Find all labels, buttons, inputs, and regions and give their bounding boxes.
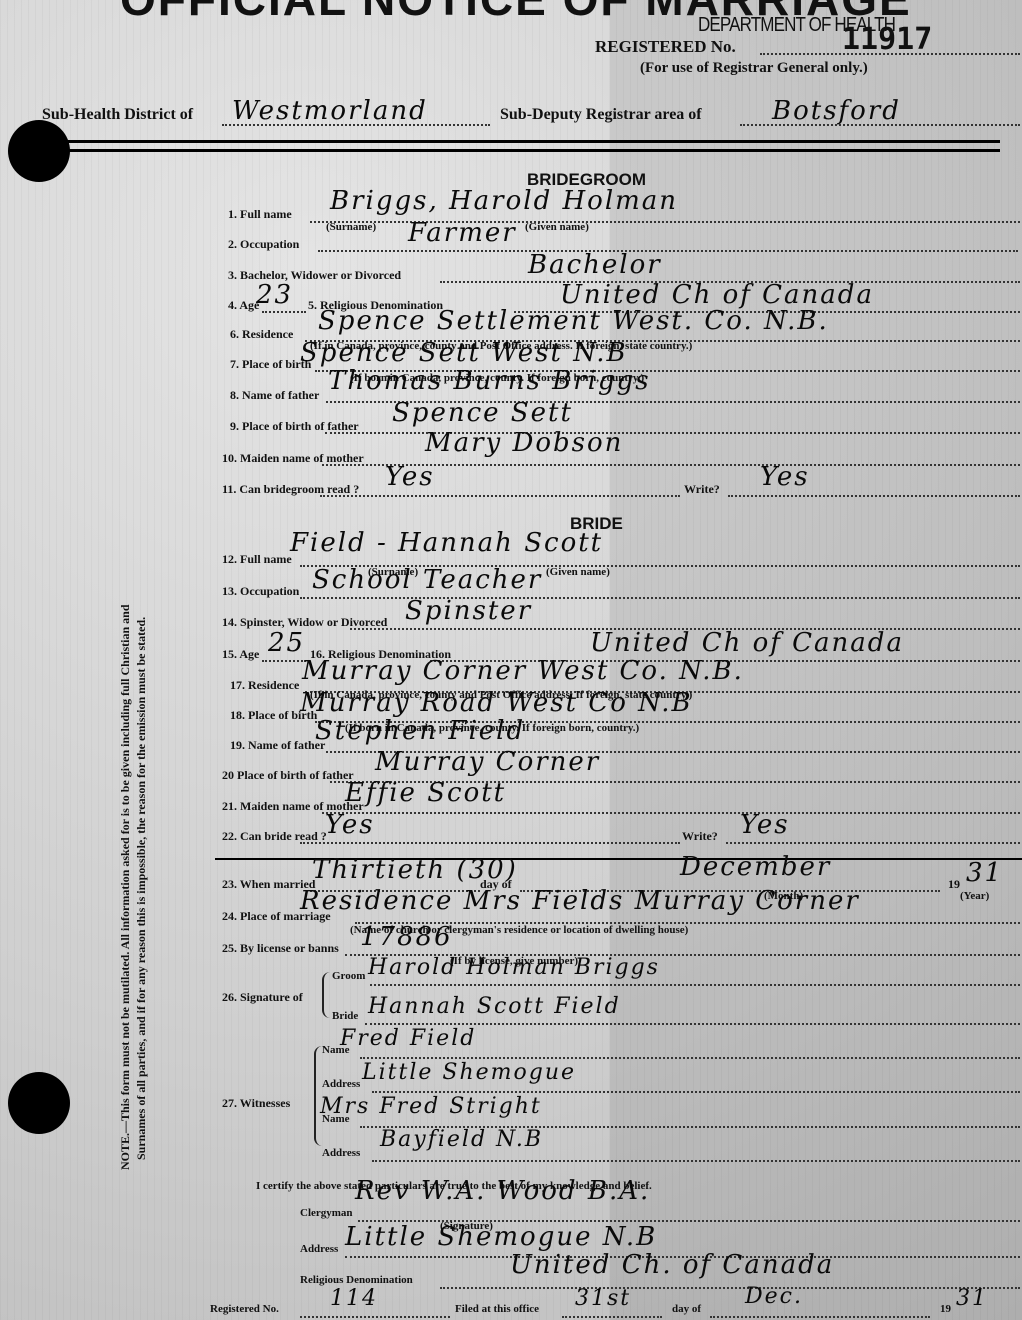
clergyman-religion: United Ch. of Canada <box>510 1250 834 1280</box>
witness1-name: Fred Field <box>340 1026 476 1051</box>
sub-health-district-label: Sub-Health District of <box>42 106 193 124</box>
witnesses-label: 27. Witnesses <box>222 1096 290 1111</box>
groom-given-hint: (Given name) <box>525 221 589 233</box>
groom-write-label: Write? <box>684 482 720 497</box>
filed-month-line <box>710 1316 930 1318</box>
sub-health-district-value: Westmorland <box>232 96 428 126</box>
marriage-notice-document: OFFICIAL NOTICE OF MARRIAGE DEPARTMENT O… <box>0 0 1022 1320</box>
bride-occupation-value: School Teacher <box>312 565 542 595</box>
bride-full-name-value: Field - Hannah Scott <box>290 528 603 558</box>
groom-signature: Harold Holman Briggs <box>368 955 660 980</box>
groom-occupation-line <box>318 250 1018 252</box>
clergyman-signature: Rev W.A. Wood B.A. <box>355 1176 650 1206</box>
groom-age-line <box>262 311 306 313</box>
groom-residence-value: Spence Settlement West. Co. N.B. <box>318 306 829 336</box>
bride-mother-value: Effie Scott <box>345 778 506 808</box>
filed-year-prefix: 19 <box>940 1303 951 1315</box>
punch-hole-bottom <box>8 1072 70 1134</box>
groom-full-name-value: Briggs, Harold Holman <box>330 186 678 216</box>
signature-brace <box>322 972 330 1018</box>
footer-registered-no-line <box>300 1316 450 1318</box>
filed-day-line <box>562 1316 662 1318</box>
witness2-name: Mrs Fred Stright <box>320 1094 542 1119</box>
filed-day-value: 31st <box>575 1286 631 1311</box>
bride-full-name-label: 12. Full name <box>222 552 292 567</box>
side-note-line1: NOTE.—This form must not be mutilated. A… <box>118 604 133 1170</box>
groom-surname-hint: (Surname) <box>326 221 376 233</box>
clergyman-address: Little Shemogue N.B <box>345 1222 657 1252</box>
witness2-address-label: Address <box>322 1147 360 1159</box>
bride-father-birthplace-value: Murray Corner <box>375 747 600 777</box>
witness1-address-label: Address <box>322 1078 360 1090</box>
bride-signature: Hannah Scott Field <box>368 994 621 1019</box>
witness1-name-line <box>360 1057 1020 1059</box>
groom-full-name-label: 1. Full name <box>228 207 292 222</box>
bride-father-label: 19. Name of father <box>230 738 325 753</box>
header-divider <box>50 140 1000 152</box>
groom-father-label: 8. Name of father <box>230 388 319 403</box>
footer-registered-no-label: Registered No. <box>210 1303 279 1315</box>
bride-signature-label: Bride <box>332 1010 358 1022</box>
witness2-address-line <box>372 1160 1020 1162</box>
bride-write-line <box>726 842 1020 844</box>
groom-read-line <box>320 495 680 497</box>
groom-occupation-value: Farmer <box>408 218 517 248</box>
bride-write-value: Yes <box>740 810 790 840</box>
bride-age-label: 15. Age <box>222 647 259 662</box>
bride-read-value: Yes <box>325 810 375 840</box>
bride-age-line <box>262 660 306 662</box>
groom-birthplace-value: Spence Sett West N.B <box>300 338 628 368</box>
registered-no-value: 11917 <box>842 22 932 57</box>
groom-status-label: 3. Bachelor, Widower or Divorced <box>228 268 401 283</box>
bride-occupation-label: 13. Occupation <box>222 584 299 599</box>
license-value: 17886 <box>360 922 453 952</box>
sub-deputy-label: Sub-Deputy Registrar area of <box>500 106 702 124</box>
bride-given-hint: (Given name) <box>546 566 610 578</box>
groom-occupation-label: 2. Occupation <box>228 237 299 252</box>
filed-year-value: 31 <box>956 1286 988 1311</box>
filed-label: Filed at this office <box>455 1303 539 1315</box>
signature-label: 26. Signature of <box>222 990 303 1005</box>
groom-mother-value: Mary Dobson <box>425 428 623 458</box>
clergyman-religion-label: Religious Denomination <box>300 1274 413 1286</box>
bride-residence-label: 17. Residence <box>230 678 299 693</box>
bride-birthplace-value: Murray Road West Co N.B <box>300 688 693 718</box>
groom-age-label: 4. Age <box>228 298 259 313</box>
groom-write-line <box>728 495 1020 497</box>
bride-write-label: Write? <box>682 829 718 844</box>
footer-registered-no-value: 114 <box>330 1286 378 1311</box>
bride-father-value: Stephen Field <box>315 716 525 746</box>
groom-residence-label: 6. Residence <box>230 327 293 342</box>
registered-no-label: REGISTERED No. <box>595 37 736 57</box>
bride-age-value: 25 <box>268 628 305 658</box>
groom-status-value: Bachelor <box>528 250 662 280</box>
witness2-address: Bayfield N.B <box>380 1127 543 1152</box>
groom-read-value: Yes <box>385 462 435 492</box>
groom-father-birthplace-value: Spence Sett <box>392 398 573 428</box>
witness1-address: Little Shemogue <box>362 1060 576 1085</box>
filed-month-value: Dec. <box>745 1284 803 1309</box>
groom-signature-line <box>370 984 1020 986</box>
marriage-year-value: 31 <box>966 858 1003 888</box>
groom-age-value: 23 <box>256 280 293 310</box>
registrar-note: (For use of Registrar General only.) <box>640 60 868 77</box>
bride-status-value: Spinster <box>405 596 532 626</box>
side-note-line2: Surnames of all parties, and if for any … <box>134 617 149 1160</box>
bride-religion-value: United Ch of Canada <box>590 628 904 658</box>
bride-residence-value: Murray Corner West Co. N.B. <box>302 656 744 686</box>
place-of-marriage-value: Residence Mrs Fields Murray Corner <box>300 886 860 916</box>
clergyman-religion-line <box>440 1287 1020 1289</box>
bride-mother-line <box>322 812 1020 814</box>
clergyman-label: Clergyman <box>300 1207 353 1219</box>
groom-signature-label: Groom <box>332 970 365 982</box>
groom-father-value: Thomas Burns Briggs <box>328 366 651 396</box>
groom-write-value: Yes <box>760 462 810 492</box>
filed-day-of-label: day of <box>672 1303 701 1315</box>
marriage-month-value: December <box>680 852 831 882</box>
year-prefix: 19 <box>948 877 960 892</box>
bride-signature-line <box>365 1023 1020 1025</box>
license-label: 25. By license or banns <box>222 941 339 956</box>
bride-read-line <box>300 842 680 844</box>
sub-deputy-value: Botsford <box>772 96 901 126</box>
year-hint: (Year) <box>960 890 989 902</box>
clergyman-address-label: Address <box>300 1243 338 1255</box>
witness1-address-line <box>372 1091 1020 1093</box>
